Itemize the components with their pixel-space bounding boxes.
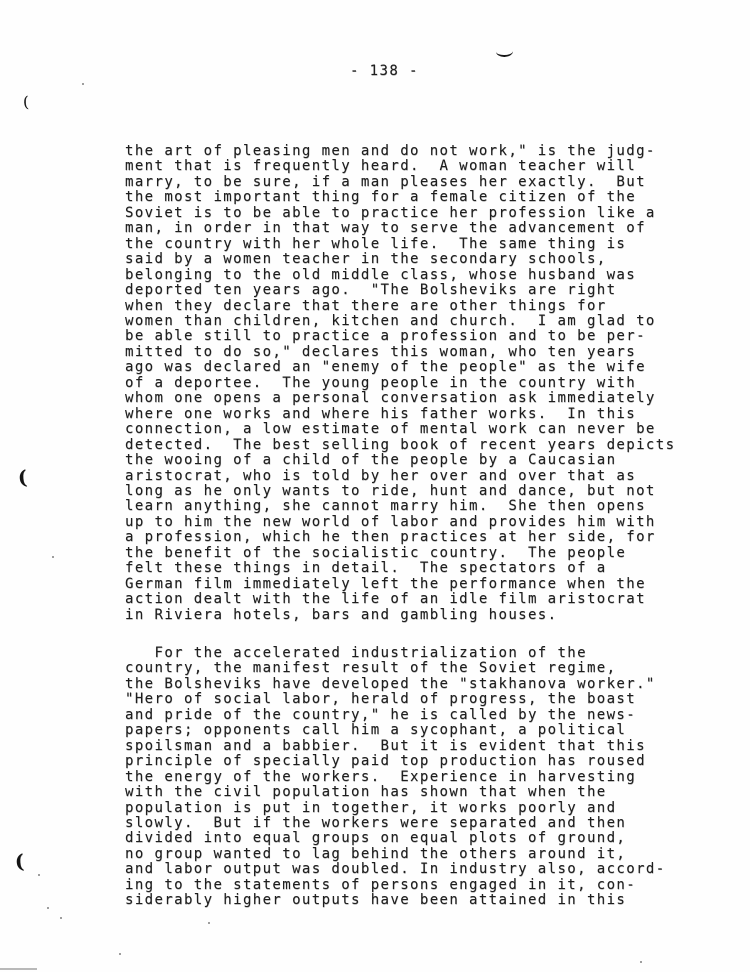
scan-speck [208,922,210,924]
paragraph-body-text-1: the art of pleasing men and do not work,… [125,144,675,623]
scan-speck [60,917,62,919]
scan-speck [640,961,642,963]
scan-speck [47,907,49,909]
paragraph-body-text-2: For the accelerated industrialization of… [125,646,666,909]
smudge-mark [496,47,513,58]
margin-pencil-mark: ( [17,469,28,489]
margin-pencil-mark: ( [14,853,24,873]
scanned-document-page: - 138 - the art of pleasing men and do n… [0,0,750,972]
margin-pencil-mark: ( [23,95,30,110]
scan-speck [119,953,121,955]
scan-speck [38,874,40,876]
scan-speck [82,83,84,85]
scan-speck [52,556,54,558]
page-edge-artifact [0,968,37,970]
page-number: - 138 - [350,64,419,79]
